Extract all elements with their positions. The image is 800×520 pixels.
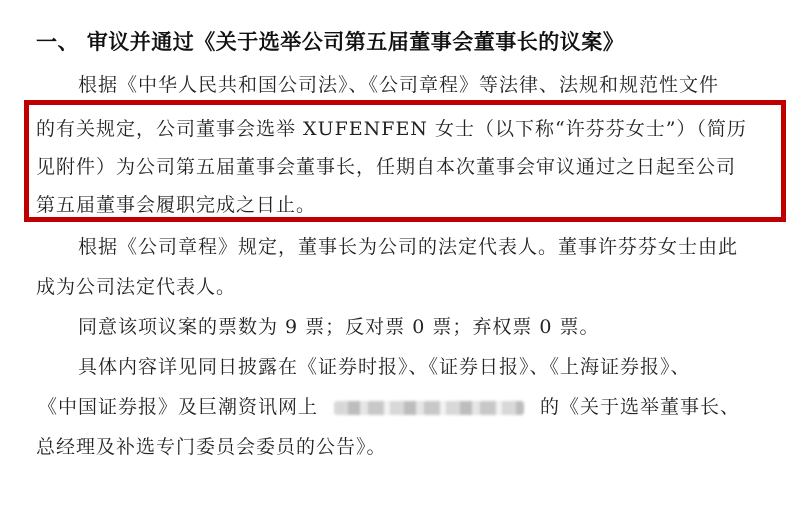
paragraph-4-line-2: 《中国证券报》及巨潮资讯网上的《关于选举董事长、 (38, 392, 740, 419)
paragraph-4-line-2-suffix: 的《关于选举董事长、 (540, 396, 740, 418)
document-page: 一、 审议并通过《关于选举公司第五届董事会董事长的议案》 根据《中华人民共和国公… (0, 0, 800, 520)
paragraph-1-line-4: 第五届董事会履职完成之日止。 (36, 190, 316, 217)
paragraph-2-line-1: 根据《公司章程》规定，董事长为公司的法定代表人。董事许芬芬女士由此 (78, 232, 738, 259)
paragraph-1-line-3: 见附件）为公司第五届董事会董事长，任期自本次董事会审议通过之日起至公司 (36, 152, 736, 179)
section-heading: 一、 审议并通过《关于选举公司第五届董事会董事长的议案》 (36, 26, 624, 56)
paragraph-4-line-3: 总经理及补选专门委员会委员的公告》。 (36, 432, 387, 459)
paragraph-4-line-1: 具体内容详见同日披露在《证券时报》、《证券日报》、《上海证券报》、 (78, 352, 691, 379)
paragraph-1-line-2: 的有关规定，公司董事会选举 XUFENFEN 女士（以下称“许芬芬女士”）（简历 (36, 114, 747, 141)
paragraph-3-vote-result: 同意该项议案的票数为 9 票；反对票 0 票；弃权票 0 票。 (78, 312, 600, 339)
paragraph-2-line-2: 成为公司法定代表人。 (36, 272, 236, 299)
paragraph-1-line-1: 根据《中华人民共和国公司法》、《公司章程》等法律、法规和规范性文件 (78, 70, 719, 97)
redacted-url (334, 401, 524, 415)
paragraph-4-line-2-prefix: 《中国证券报》及巨潮资讯网上 (38, 396, 318, 418)
